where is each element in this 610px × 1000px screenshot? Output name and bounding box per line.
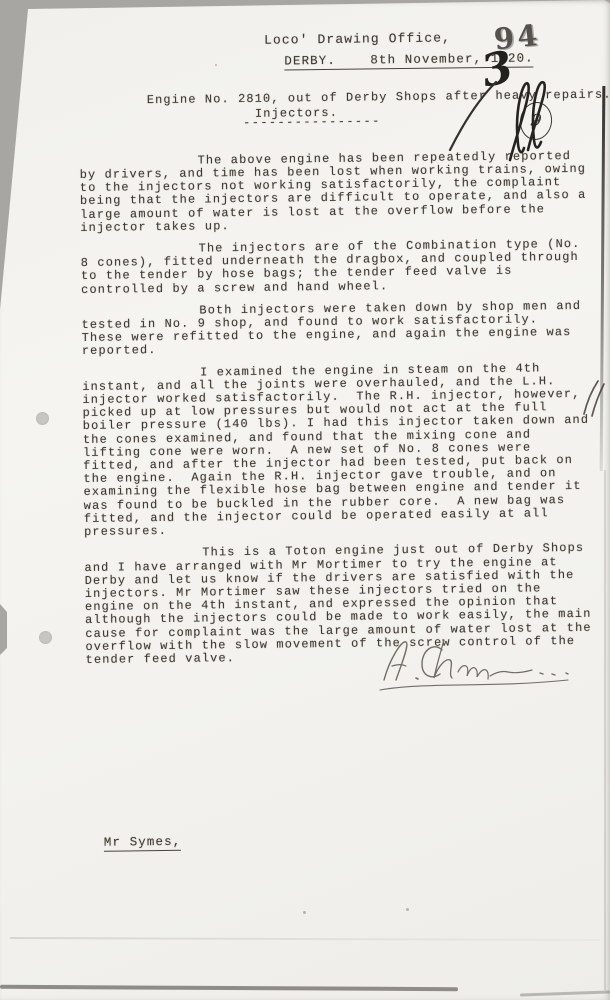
paper-crease	[10, 937, 600, 941]
paragraph-4: I examined the engine in steam on the 4t…	[82, 361, 591, 539]
paper-sheet: Loco' Drawing Office, DERBY. 8th Novembe…	[0, 0, 610, 1000]
page-bottom-edge	[0, 985, 458, 991]
ink-scrawl-initials	[438, 52, 573, 167]
dust-speck	[215, 64, 217, 66]
paragraph-3: Both injectors were taken down by shop m…	[81, 300, 589, 359]
scan-edge-shadow-faint	[604, 470, 606, 990]
letter-body: The above engine has been repeatedly rep…	[79, 150, 592, 667]
dust-speck	[406, 908, 409, 911]
page-bottom-edge-right	[520, 990, 610, 996]
punch-hole-bottom	[39, 631, 52, 644]
punch-hole-top	[36, 412, 49, 425]
signature	[372, 628, 582, 698]
pencil-margin-tick	[578, 372, 608, 420]
dust-speck	[303, 911, 306, 914]
addressee-line: Mr Symes,	[104, 831, 595, 850]
addressee-name: Mr Symes,	[104, 835, 182, 852]
paragraph-2: The injectors are of the Combination typ…	[81, 238, 589, 297]
scan-background: { "document": { "header": { "office": "L…	[0, 0, 610, 1000]
